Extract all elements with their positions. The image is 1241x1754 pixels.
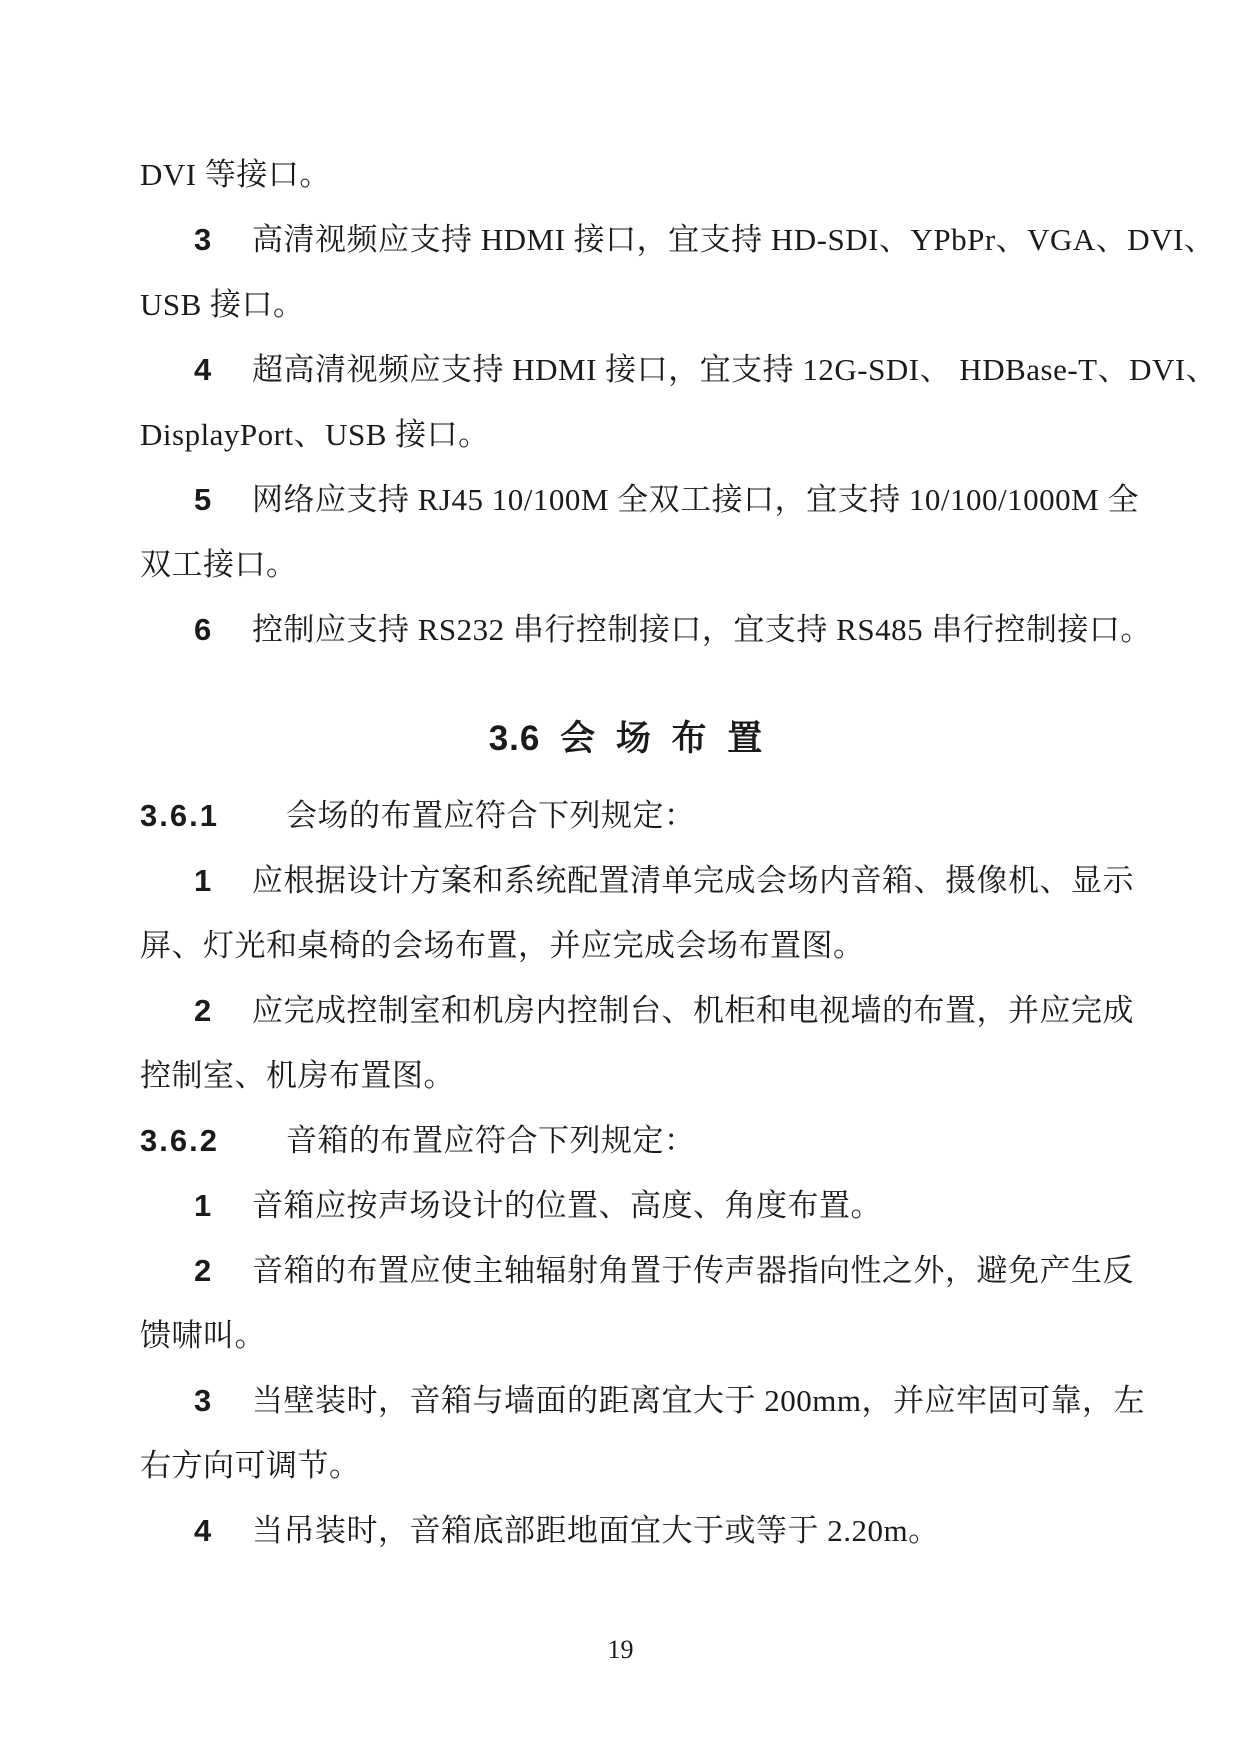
section-heading: 3.6 会 场 布 置 [140, 706, 1112, 771]
item-number: 1 [194, 848, 252, 913]
line-text: 音箱应按声场设计的位置、高度、角度布置。 [252, 1188, 882, 1223]
line-text: DisplayPort、USB 接口。 [140, 417, 490, 452]
numbered-item-line: 1应根据设计方案和系统配置清单完成会场内音箱、摄像机、显示 [140, 848, 1112, 913]
text-line: 双工接口。 [140, 532, 1112, 597]
numbered-item-line: 2应完成控制室和机房内控制台、机柜和电视墙的布置，并应完成 [140, 978, 1112, 1043]
clause-line: 3.6.2音箱的布置应符合下列规定： [140, 1108, 1112, 1173]
numbered-item-line: 1音箱应按声场设计的位置、高度、角度布置。 [140, 1173, 1112, 1238]
line-text: 音箱的布置应使主轴辐射角置于传声器指向性之外，避免产生反 [252, 1253, 1134, 1288]
numbered-item-line: 6控制应支持 RS232 串行控制接口，宜支持 RS485 串行控制接口。 [140, 597, 1112, 662]
line-text: DVI 等接口。 [140, 157, 331, 192]
line-text: 应根据设计方案和系统配置清单完成会场内音箱、摄像机、显示 [252, 863, 1134, 898]
item-number: 3 [194, 1368, 252, 1433]
numbered-item-line: 5网络应支持 RJ45 10/100M 全双工接口，宜支持 10/100/100… [140, 467, 1112, 532]
text-line: 屏、灯光和桌椅的会场布置，并应完成会场布置图。 [140, 913, 1112, 978]
line-text: 右方向可调节。 [140, 1448, 361, 1483]
item-number: 5 [194, 467, 252, 532]
line-text: 屏、灯光和桌椅的会场布置，并应完成会场布置图。 [140, 928, 865, 963]
item-number: 6 [194, 597, 252, 662]
line-text: 高清视频应支持 HDMI 接口，宜支持 HD-SDI、YPbPr、VGA、DVI… [252, 222, 1215, 257]
numbered-item-line: 4当吊装时，音箱底部距地面宜大于或等于 2.20m。 [140, 1498, 1112, 1563]
text-line: DVI 等接口。 [140, 142, 1112, 207]
text-line: 馈啸叫。 [140, 1303, 1112, 1368]
item-number: 4 [194, 337, 252, 402]
line-text: USB 接口。 [140, 287, 305, 322]
numbered-item-line: 3当壁装时，音箱与墙面的距离宜大于 200mm，并应牢固可靠，左 [140, 1368, 1112, 1433]
numbered-item-line: 2音箱的布置应使主轴辐射角置于传声器指向性之外，避免产生反 [140, 1238, 1112, 1303]
text-line: DisplayPort、USB 接口。 [140, 402, 1112, 467]
line-text: 馈啸叫。 [140, 1318, 266, 1353]
line-text: 控制室、机房布置图。 [140, 1058, 455, 1093]
clause-number: 3.6.1 [140, 783, 286, 848]
line-text: 应完成控制室和机房内控制台、机柜和电视墙的布置，并应完成 [252, 993, 1134, 1028]
document-page: DVI 等接口。3高清视频应支持 HDMI 接口，宜支持 HD-SDI、YPbP… [0, 0, 1241, 1754]
item-number: 2 [194, 978, 252, 1043]
page-number: 19 [0, 1628, 1241, 1672]
item-number: 1 [194, 1173, 252, 1238]
line-text: 音箱的布置应符合下列规定： [286, 1123, 696, 1158]
item-number: 2 [194, 1238, 252, 1303]
numbered-item-line: 4超高清视频应支持 HDMI 接口，宜支持 12G-SDI、 HDBase-T、… [140, 337, 1112, 402]
line-text: 控制应支持 RS232 串行控制接口，宜支持 RS485 串行控制接口。 [252, 612, 1152, 647]
text-line: USB 接口。 [140, 272, 1112, 337]
page-body: DVI 等接口。3高清视频应支持 HDMI 接口，宜支持 HD-SDI、YPbP… [140, 142, 1112, 1563]
clause-number: 3.6.2 [140, 1108, 286, 1173]
line-text: 网络应支持 RJ45 10/100M 全双工接口，宜支持 10/100/1000… [252, 482, 1139, 517]
item-number: 3 [194, 207, 252, 272]
line-text: 会场的布置应符合下列规定： [286, 798, 696, 833]
line-text: 当吊装时，音箱底部距地面宜大于或等于 2.20m。 [252, 1513, 940, 1548]
numbered-item-line: 3高清视频应支持 HDMI 接口，宜支持 HD-SDI、YPbPr、VGA、DV… [140, 207, 1112, 272]
text-line: 控制室、机房布置图。 [140, 1043, 1112, 1108]
clause-line: 3.6.1会场的布置应符合下列规定： [140, 783, 1112, 848]
line-text: 双工接口。 [140, 547, 298, 582]
text-line: 右方向可调节。 [140, 1433, 1112, 1498]
line-text: 3.6 会 场 布 置 [489, 719, 764, 758]
line-text: 超高清视频应支持 HDMI 接口，宜支持 12G-SDI、 HDBase-T、D… [252, 352, 1217, 387]
item-number: 4 [194, 1498, 252, 1563]
line-text: 当壁装时，音箱与墙面的距离宜大于 200mm，并应牢固可靠，左 [252, 1383, 1145, 1418]
